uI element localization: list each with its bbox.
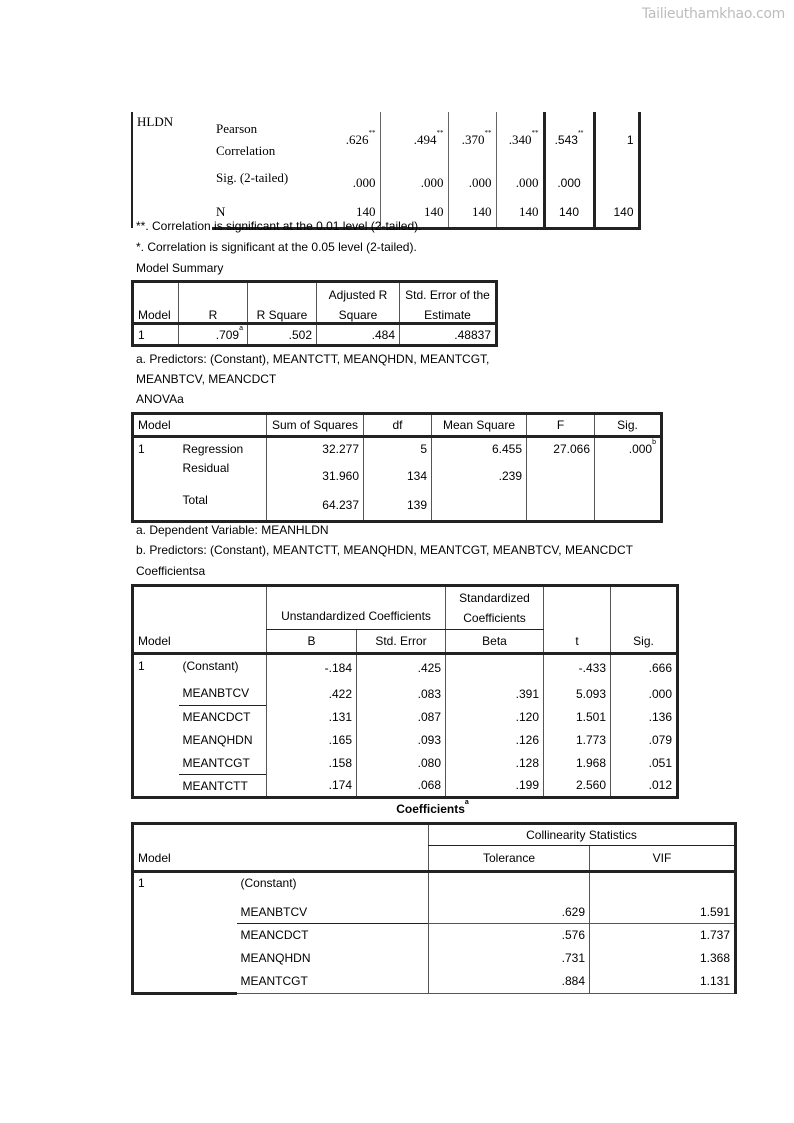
corr-cell: .000 bbox=[380, 168, 448, 198]
corr-cell: 140 bbox=[448, 198, 496, 228]
beta-cell: .120 bbox=[446, 706, 544, 729]
corr-cell: .340** bbox=[496, 112, 544, 168]
sig-cell: .000b bbox=[595, 437, 662, 461]
r-square-cell: .502 bbox=[248, 324, 317, 346]
corr-cell: .626** bbox=[328, 112, 380, 168]
header-r: R bbox=[179, 282, 248, 324]
coefficients-table: Unstandardized Coefficients Standardized… bbox=[131, 584, 679, 799]
model-cell: 1 bbox=[133, 437, 179, 522]
header-adj-r-square: Adjusted RSquare bbox=[317, 282, 400, 324]
header-r-square: R Square bbox=[248, 282, 317, 324]
collinearity-table: Collinearity Statistics Model Tolerance … bbox=[131, 822, 737, 995]
header-blank bbox=[133, 586, 267, 630]
model-summary-table: Model R R Square Adjusted RSquare Std. E… bbox=[131, 280, 498, 347]
corr-cell: 1 bbox=[594, 112, 639, 168]
b-cell: .131 bbox=[267, 706, 357, 729]
df-cell: 134 bbox=[364, 461, 432, 491]
predictor-label: MEANTCGT bbox=[179, 752, 267, 775]
anova-footnote-a: a. Dependent Variable: MEANHLDN bbox=[136, 523, 329, 537]
sig-cell: .051 bbox=[611, 752, 678, 775]
header-model: Model bbox=[133, 414, 267, 437]
se-cell: .080 bbox=[357, 752, 446, 775]
header-t-top: t bbox=[544, 586, 611, 654]
sig-cell: .136 bbox=[611, 706, 678, 729]
predictor-label: (Constant) bbox=[237, 872, 429, 896]
vif-cell: 1.131 bbox=[590, 970, 736, 994]
f-cell bbox=[527, 461, 595, 491]
corr-cell: .000 bbox=[544, 168, 594, 198]
correlation-footnote-2: *. Correlation is significant at the 0.0… bbox=[136, 240, 417, 254]
corr-cell: 140 bbox=[594, 198, 639, 228]
model-cell: 1 bbox=[133, 654, 179, 798]
beta-cell: .126 bbox=[446, 729, 544, 752]
corr-cell: .000 bbox=[328, 168, 380, 198]
se-cell: .425 bbox=[357, 654, 446, 682]
header-sum-of-squares: Sum of Squares bbox=[267, 414, 364, 437]
predictor-label: MEANCDCT bbox=[237, 924, 429, 947]
corr-cell: .370** bbox=[448, 112, 496, 168]
header-mean-square: Mean Square bbox=[432, 414, 527, 437]
predictor-label: (Constant) bbox=[179, 654, 267, 682]
sig-cell: .666 bbox=[611, 654, 678, 682]
tolerance-cell bbox=[429, 872, 590, 896]
header-collinearity-statistics: Collinearity Statistics bbox=[429, 824, 736, 846]
header-b: B bbox=[267, 630, 357, 654]
ms-cell: 6.455 bbox=[432, 437, 527, 461]
header-std-error: Std. Error of theEstimate bbox=[400, 282, 497, 324]
corr-cell: .494** bbox=[380, 112, 448, 168]
collinearity-title: Coefficientsa bbox=[131, 802, 734, 816]
model-summary-footnote-2: MEANBTCV, MEANCDCT bbox=[136, 372, 276, 386]
se-cell: .083 bbox=[357, 682, 446, 706]
header-sig-top: Sig. bbox=[611, 586, 678, 654]
source-label: Regression bbox=[179, 437, 267, 461]
vif-cell: 1.737 bbox=[590, 924, 736, 947]
vif-cell: 1.368 bbox=[590, 947, 736, 970]
f-cell: 27.066 bbox=[527, 437, 595, 461]
sig-cell: .000 bbox=[611, 682, 678, 706]
t-cell: 1.501 bbox=[544, 706, 611, 729]
header-unstandardized: Unstandardized Coefficients bbox=[267, 586, 446, 630]
df-cell: 139 bbox=[364, 491, 432, 522]
header-vif: VIF bbox=[590, 846, 736, 872]
anova-title: ANOVAa bbox=[136, 392, 184, 406]
stat-label-pearson: PearsonCorrelation bbox=[212, 112, 328, 168]
sig-cell: .012 bbox=[611, 775, 678, 798]
std-error-cell: .48837 bbox=[400, 324, 497, 346]
predictor-label: MEANBTCV bbox=[179, 682, 267, 706]
correlation-row-label: HLDN bbox=[132, 112, 212, 228]
se-cell: .087 bbox=[357, 706, 446, 729]
t-cell: -.433 bbox=[544, 654, 611, 682]
sig-cell bbox=[595, 491, 662, 522]
predictor-label: MEANTCGT bbox=[237, 970, 429, 994]
anova-footnote-b: b. Predictors: (Constant), MEANTCTT, MEA… bbox=[136, 543, 633, 557]
sig-cell: .079 bbox=[611, 729, 678, 752]
corr-cell bbox=[594, 168, 639, 198]
header-beta: Beta bbox=[446, 630, 544, 654]
corr-cell: .543** bbox=[544, 112, 594, 168]
sig-cell bbox=[595, 461, 662, 491]
beta-cell: .391 bbox=[446, 682, 544, 706]
b-cell: .165 bbox=[267, 729, 357, 752]
ms-cell: .239 bbox=[432, 461, 527, 491]
ss-cell: 31.960 bbox=[267, 461, 364, 491]
tolerance-cell: .884 bbox=[429, 970, 590, 994]
t-cell: 2.560 bbox=[544, 775, 611, 798]
tolerance-cell: .576 bbox=[429, 924, 590, 947]
r-cell: .709a bbox=[179, 324, 248, 346]
header-standardized: StandardizedCoefficients bbox=[446, 586, 544, 630]
predictor-label: MEANQHDN bbox=[179, 729, 267, 752]
header-model: Model bbox=[133, 846, 429, 872]
df-cell: 5 bbox=[364, 437, 432, 461]
model-summary-title: Model Summary bbox=[136, 261, 223, 275]
b-cell: -.184 bbox=[267, 654, 357, 682]
ms-cell bbox=[432, 491, 527, 522]
predictor-label: MEANTCTT bbox=[179, 775, 267, 798]
adj-r-square-cell: .484 bbox=[317, 324, 400, 346]
corr-cell: .000 bbox=[448, 168, 496, 198]
predictor-label: MEANQHDN bbox=[237, 947, 429, 970]
anova-table: Model Sum of Squares df Mean Square F Si… bbox=[131, 412, 663, 523]
model-cell: 1 bbox=[133, 872, 237, 994]
vif-cell: 1.591 bbox=[590, 896, 736, 924]
coefficients-title: Coefficientsa bbox=[136, 564, 205, 578]
predictor-label: MEANBTCV bbox=[237, 896, 429, 924]
beta-cell bbox=[446, 654, 544, 682]
t-cell: 1.773 bbox=[544, 729, 611, 752]
correlation-footnote-1: **. Correlation is significant at the 0.… bbox=[136, 219, 421, 233]
b-cell: .158 bbox=[267, 752, 357, 775]
t-cell: 5.093 bbox=[544, 682, 611, 706]
header-tolerance: Tolerance bbox=[429, 846, 590, 872]
beta-cell: .128 bbox=[446, 752, 544, 775]
model-cell: 1 bbox=[133, 324, 179, 346]
model-summary-footnote-1: a. Predictors: (Constant), MEANTCTT, MEA… bbox=[136, 352, 489, 366]
header-model: Model bbox=[133, 630, 267, 654]
ss-cell: 64.237 bbox=[267, 491, 364, 522]
f-cell bbox=[527, 491, 595, 522]
header-df: df bbox=[364, 414, 432, 437]
header-std-error: Std. Error bbox=[357, 630, 446, 654]
corr-cell: 140 bbox=[496, 198, 544, 228]
vif-cell bbox=[590, 872, 736, 896]
tolerance-cell: .731 bbox=[429, 947, 590, 970]
stat-label-sig: Sig. (2-tailed) bbox=[212, 168, 328, 198]
predictor-label: MEANCDCT bbox=[179, 706, 267, 729]
watermark: Tailieuthamkhao.com bbox=[642, 6, 785, 22]
header-blank bbox=[133, 824, 429, 846]
beta-cell: .199 bbox=[446, 775, 544, 798]
correlation-table: HLDN PearsonCorrelation .626** .494** .3… bbox=[131, 112, 641, 230]
b-cell: .422 bbox=[267, 682, 357, 706]
header-model: Model bbox=[133, 282, 179, 324]
header-f: F bbox=[527, 414, 595, 437]
source-label: Residual bbox=[179, 461, 267, 491]
ss-cell: 32.277 bbox=[267, 437, 364, 461]
corr-cell: .000 bbox=[496, 168, 544, 198]
tolerance-cell: .629 bbox=[429, 896, 590, 924]
b-cell: .174 bbox=[267, 775, 357, 798]
se-cell: .068 bbox=[357, 775, 446, 798]
se-cell: .093 bbox=[357, 729, 446, 752]
t-cell: 1.968 bbox=[544, 752, 611, 775]
corr-cell: 140 bbox=[544, 198, 594, 228]
source-label: Total bbox=[179, 491, 267, 522]
header-sig: Sig. bbox=[595, 414, 662, 437]
